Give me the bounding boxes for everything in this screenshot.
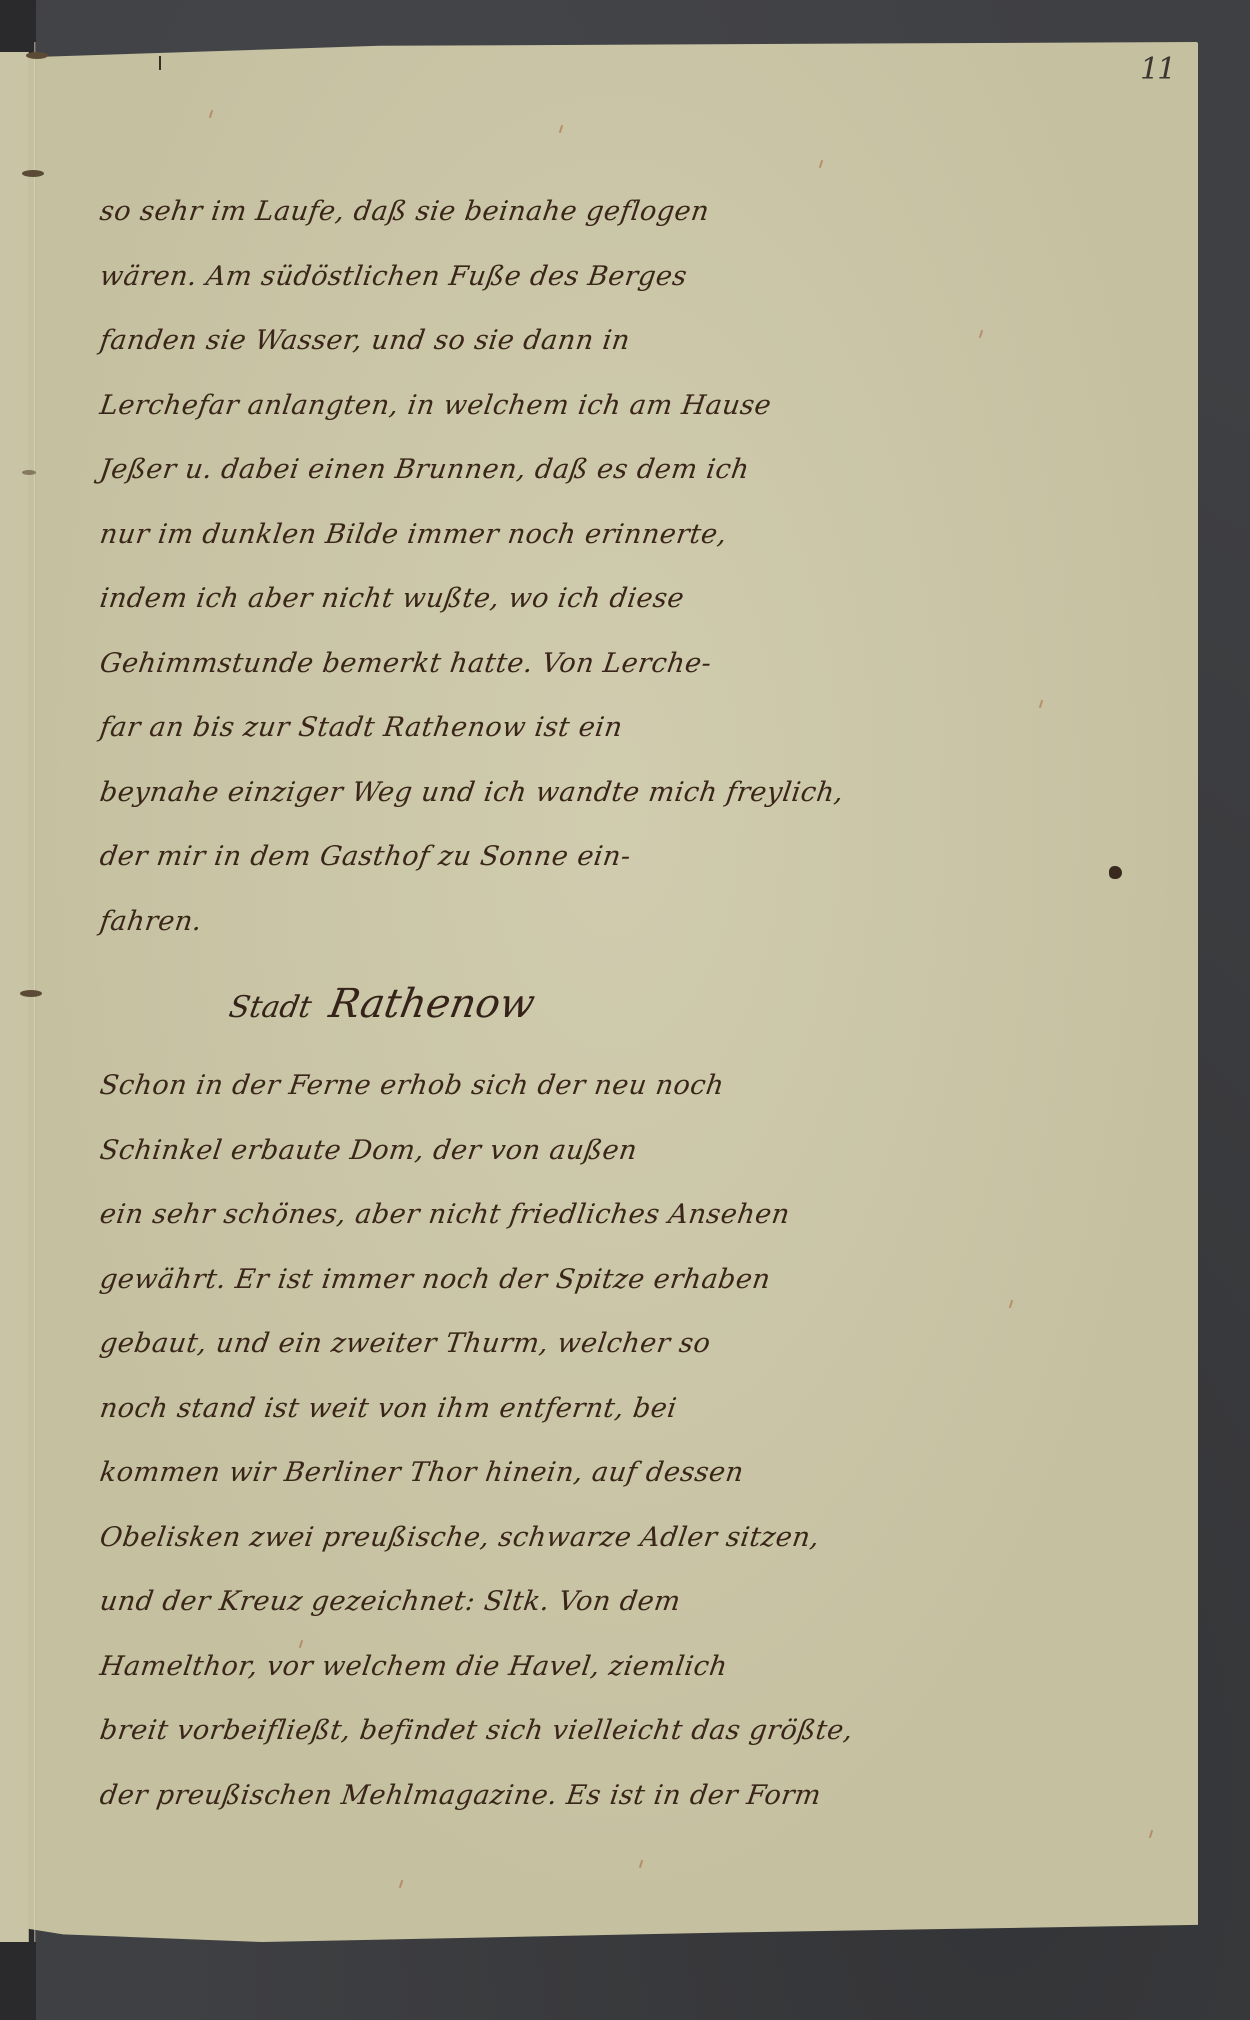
top-tick-mark — [159, 56, 161, 70]
text-line: kommen wir Berliner Thor hinein, auf des… — [95, 1441, 924, 1506]
text-line: gewährt. Er ist immer noch der Spitze er… — [95, 1248, 924, 1313]
stitch-hole — [20, 990, 42, 997]
stitch-hole — [26, 52, 48, 59]
text-line: indem ich aber nicht wußte, wo ich diese — [95, 567, 924, 632]
text-line: Schinkel erbaute Dom, der von außen — [95, 1119, 924, 1184]
text-line: breit vorbeifließt, befindet sich vielle… — [95, 1699, 924, 1764]
text-line: noch stand ist weit von ihm entfernt, be… — [95, 1377, 924, 1442]
previous-leaf-edge — [0, 52, 29, 1942]
text-line: gebaut, und ein zweiter Thurm, welcher s… — [95, 1312, 924, 1377]
section-heading: StadtRathenow — [91, 954, 929, 1054]
text-line: Jeßer u. dabei einen Brunnen, daß es dem… — [95, 438, 924, 503]
text-line: so sehr im Laufe, daß sie beinahe geflog… — [95, 180, 924, 245]
ink-blot — [1109, 866, 1122, 879]
text-line: Gehimmstunde bemerkt hatte. Von Lerche- — [95, 632, 924, 697]
text-line: Obelisken zwei preußische, schwarze Adle… — [95, 1506, 924, 1571]
text-line: far an bis zur Stadt Rathenow ist ein — [95, 696, 924, 761]
folio-number: 11 — [1140, 52, 1174, 87]
text-line: und der Kreuz gezeichnet: Sltk. Von dem — [95, 1570, 924, 1635]
manuscript-text: so sehr im Laufe, daß sie beinahe geflog… — [100, 180, 920, 1828]
text-line: fahren. — [95, 890, 924, 955]
section-heading-prefix: Stadt — [226, 990, 314, 1025]
text-line: nur im dunklen Bilde immer noch erinnert… — [95, 503, 924, 568]
text-line: der preußischen Mehlmagazine. Es ist in … — [95, 1764, 924, 1829]
text-line: der mir in dem Gasthof zu Sonne ein- — [95, 825, 924, 890]
section-heading-title: Rathenow — [326, 981, 539, 1027]
text-line: Lerchefar anlangten, in welchem ich am H… — [95, 374, 924, 439]
stitch-hole — [22, 470, 36, 475]
text-line: Hamelthor, vor welchem die Havel, ziemli… — [95, 1635, 924, 1700]
text-line: beynahe einziger Weg und ich wandte mich… — [95, 761, 924, 826]
stitch-hole — [22, 170, 44, 177]
text-line: fanden sie Wasser, und so sie dann in — [95, 309, 924, 374]
text-line: ein sehr schönes, aber nicht friedliches… — [95, 1183, 924, 1248]
text-line: wären. Am südöstlichen Fuße des Berges — [95, 245, 924, 310]
text-line: Schon in der Ferne erhob sich der neu no… — [95, 1054, 924, 1119]
